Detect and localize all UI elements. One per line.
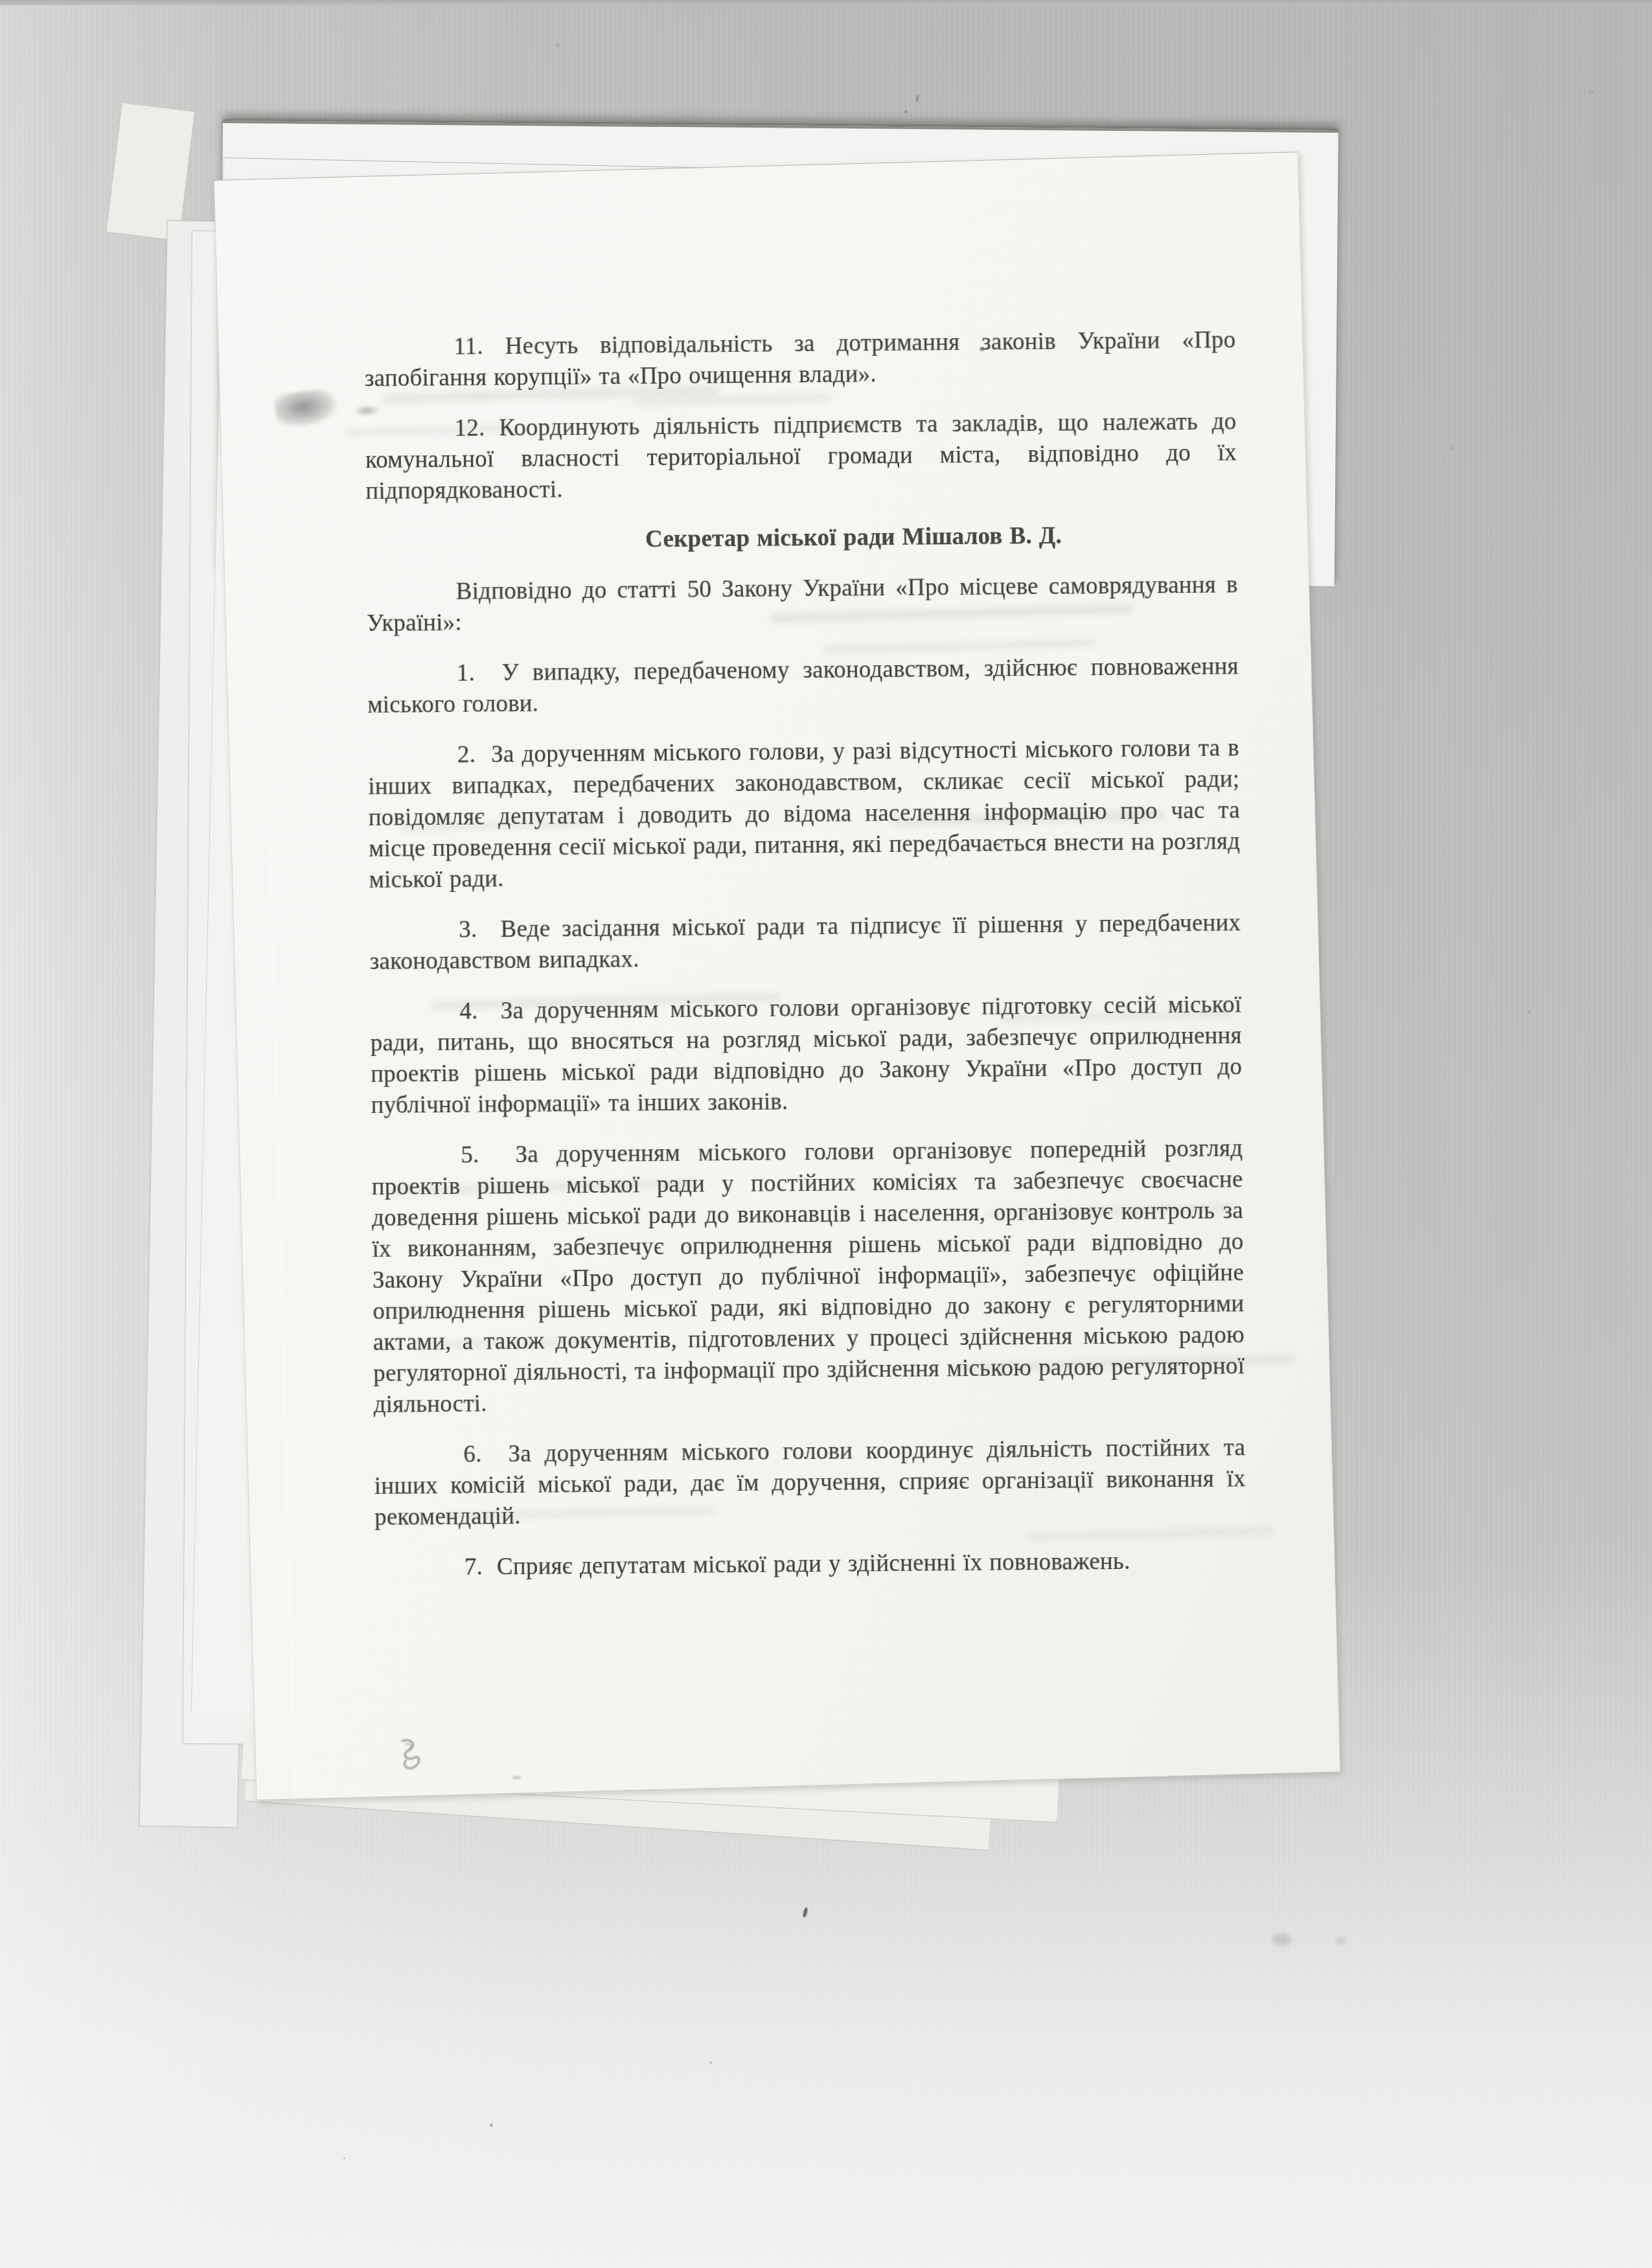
document-paragraph: 7. Сприяє депутатам міської ради у здійс… bbox=[375, 1545, 1246, 1584]
pencil-scribble-artifact bbox=[395, 1735, 430, 1776]
document-paragraph: 2. За дорученням міського голови, у разі… bbox=[368, 733, 1241, 896]
dust-speck bbox=[1589, 91, 1594, 94]
correction-smudge-artifact bbox=[273, 387, 339, 430]
dust-speck bbox=[1451, 447, 1454, 450]
document-paragraph: 11. Несуть відповідальність за дотриманн… bbox=[364, 325, 1236, 395]
dust-speck bbox=[709, 2061, 712, 2064]
document-paragraph: Відповідно до статті 50 Закону України «… bbox=[367, 569, 1239, 639]
paper-crease bbox=[269, 827, 295, 1799]
document-paragraph: 1. У випадку, передбаченому законодавств… bbox=[367, 651, 1239, 721]
pencil-dash-artifact bbox=[513, 1776, 521, 1779]
dust-speck bbox=[1336, 1937, 1346, 1944]
scanner-edge-shadow bbox=[0, 0, 1652, 5]
document-paragraph: 6. За дорученням міського голови координ… bbox=[374, 1432, 1246, 1533]
scan-canvas: 11. Несуть відповідальність за дотриманн… bbox=[0, 0, 1652, 2268]
document-paragraph: 5. За дорученням міського голови організ… bbox=[371, 1133, 1245, 1421]
document-sheet: 11. Несуть відповідальність за дотриманн… bbox=[214, 152, 1340, 1800]
document-paragraph: 12. Координують діяльність підприємств т… bbox=[365, 406, 1237, 507]
dust-speck bbox=[1272, 1933, 1291, 1946]
dust-speck bbox=[556, 43, 560, 47]
document-text: 11. Несуть відповідальність за дотриманн… bbox=[364, 325, 1246, 1603]
document-paragraph: 4. За дорученням міського голови організ… bbox=[370, 989, 1243, 1121]
document-heading: Секретар міської ради Мішалов В. Д. bbox=[470, 519, 1237, 556]
dust-speck bbox=[490, 2124, 493, 2127]
dust-speck bbox=[343, 2157, 345, 2159]
document-paragraph: 3. Веде засідання міської ради та підпис… bbox=[369, 908, 1241, 978]
dust-speck bbox=[1528, 1011, 1531, 1014]
dust-speck bbox=[904, 110, 908, 113]
